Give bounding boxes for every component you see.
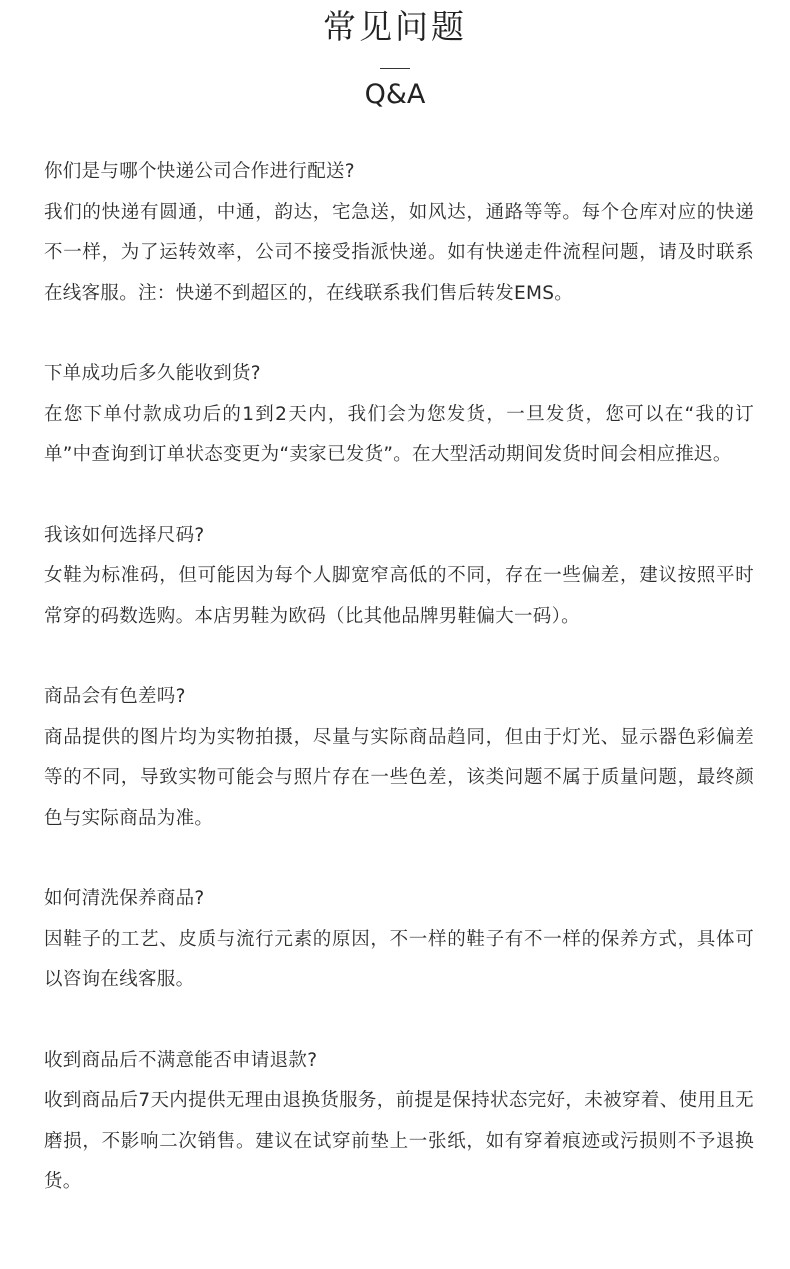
faq-item-refund: 收到商品后不满意能否申请退款? 收到商品后7天内提供无理由退换货服务，前提是保持…	[44, 1041, 754, 1203]
faq-answer: 在您下单付款成功后的1到2天内，我们会为您发货，一旦发货，您可以在“我的订单”中…	[44, 395, 754, 476]
faq-question: 如何清洗保养商品?	[44, 879, 754, 920]
faq-question: 下单成功后多久能收到货?	[44, 354, 754, 395]
faq-question: 我该如何选择尺码?	[44, 516, 754, 557]
faq-question: 你们是与哪个快递公司合作进行配送?	[44, 152, 754, 193]
faq-answer: 我们的快递有圆通，中通，韵达，宅急送，如风达，通路等等。每个仓库对应的快递不一样…	[44, 193, 754, 315]
faq-answer: 因鞋子的工艺、皮质与流行元素的原因，不一样的鞋子有不一样的保养方式，具体可以咨询…	[44, 920, 754, 1001]
faq-question: 商品会有色差吗?	[44, 677, 754, 718]
faq-answer: 收到商品后7天内提供无理由退换货服务，前提是保持状态完好，未被穿着、使用且无磨损…	[44, 1081, 754, 1203]
page-subtitle: Q&A	[0, 77, 790, 113]
faq-answer: 商品提供的图片均为实物拍摄，尽量与实际商品趋同，但由于灯光、显示器色彩偏差等的不…	[44, 718, 754, 840]
faq-item-shipping-carrier: 你们是与哪个快递公司合作进行配送? 我们的快递有圆通，中通，韵达，宅急送，如风达…	[44, 152, 754, 314]
faq-item-care: 如何清洗保养商品? 因鞋子的工艺、皮质与流行元素的原因，不一样的鞋子有不一样的保…	[44, 879, 754, 1001]
page-title: 常见问题	[0, 6, 790, 48]
faq-answer: 女鞋为标准码，但可能因为每个人脚宽窄高低的不同，存在一些偏差，建议按照平时常穿的…	[44, 556, 754, 637]
faq-item-delivery-time: 下单成功后多久能收到货? 在您下单付款成功后的1到2天内，我们会为您发货，一旦发…	[44, 354, 754, 476]
faq-question: 收到商品后不满意能否申请退款?	[44, 1041, 754, 1082]
faq-item-color-difference: 商品会有色差吗? 商品提供的图片均为实物拍摄，尽量与实际商品趋同，但由于灯光、显…	[44, 677, 754, 839]
faq-item-sizing: 我该如何选择尺码? 女鞋为标准码，但可能因为每个人脚宽窄高低的不同，存在一些偏差…	[44, 516, 754, 638]
page-header: 常见问题 Q&A	[0, 0, 790, 113]
faq-list: 你们是与哪个快递公司合作进行配送? 我们的快递有圆通，中通，韵达，宅急送，如风达…	[44, 152, 754, 1243]
title-divider	[380, 68, 410, 69]
